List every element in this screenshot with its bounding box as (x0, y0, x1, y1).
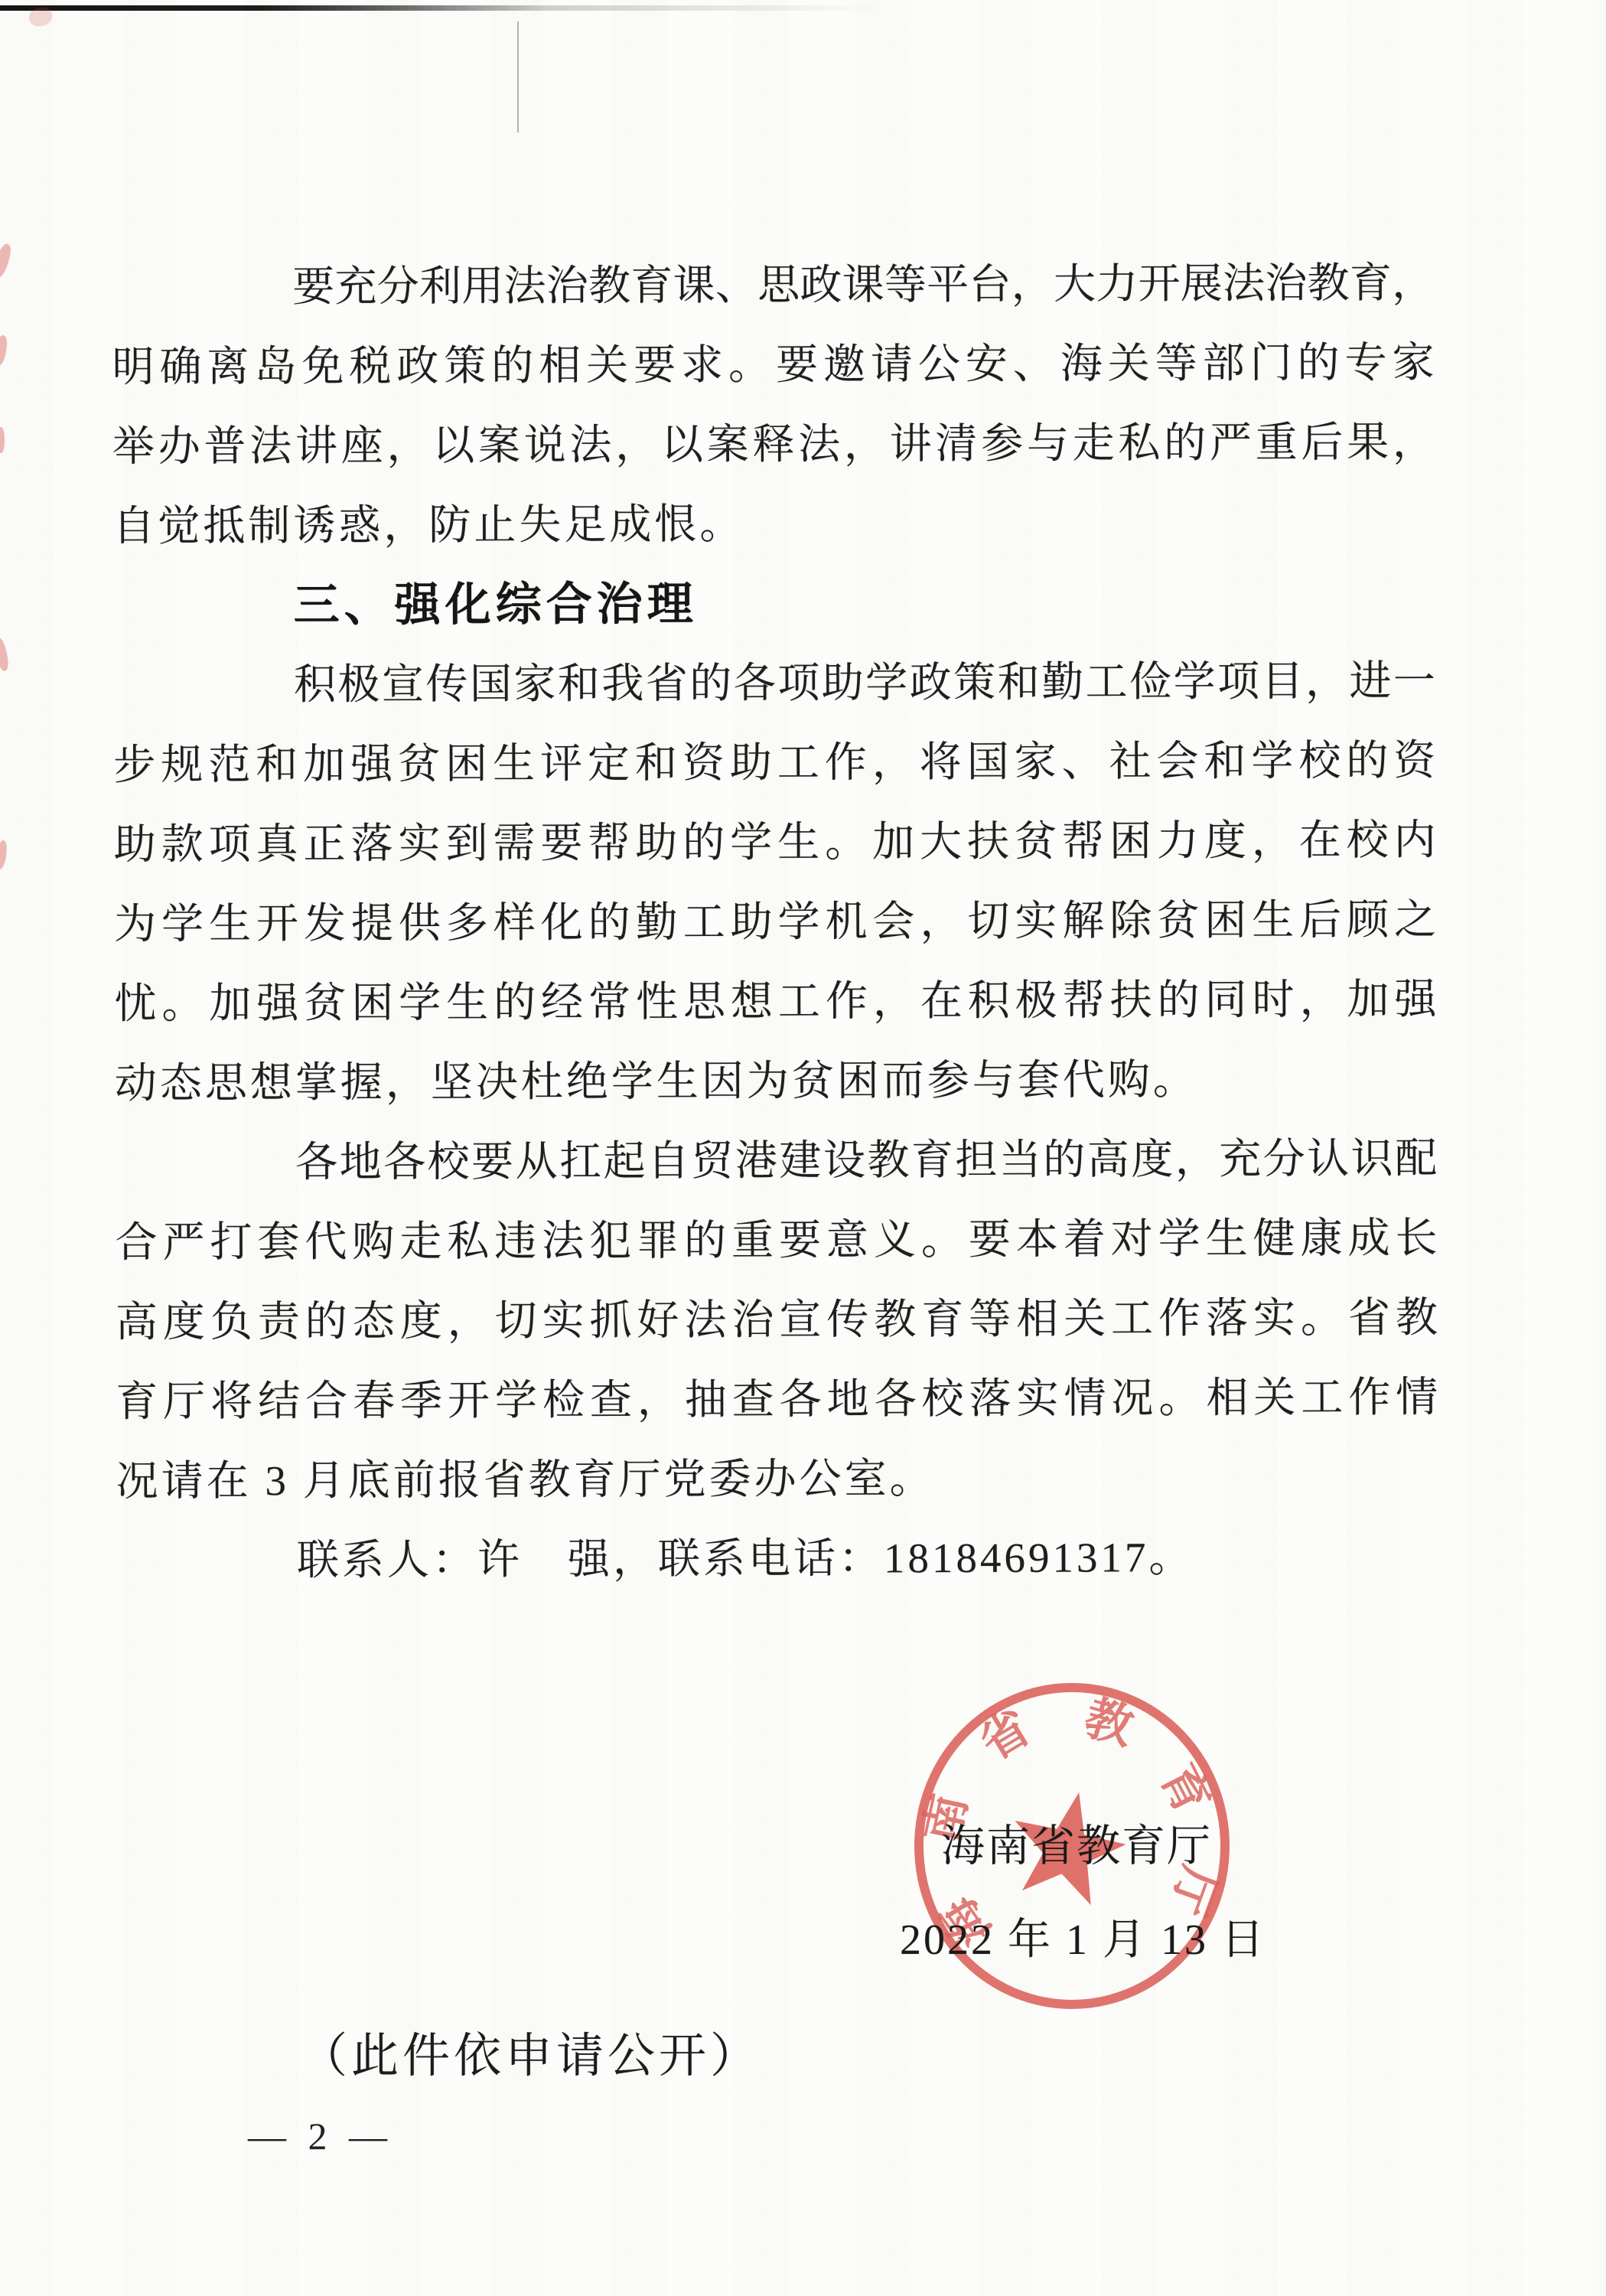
document-line: 举办普法讲座，以案说法，以案释法，讲清参与走私的严重后果， (112, 403, 1435, 487)
issue-date: 2022 年 1 月 13 日 (900, 1906, 1266, 1967)
red-ink-smudge (0, 427, 5, 453)
document-line: 动态思想掌握，坚决杜绝学生因为贫困而参与套代购。 (115, 1039, 1437, 1124)
document-line: 积极宣传国家和我省的各项助学政策和勤工俭学项目，进一 (113, 641, 1435, 726)
page-number: — 2 — (248, 2114, 393, 2158)
scanned-document-page: { "document": { "lines": [ { "text": "要充… (0, 0, 1606, 2296)
document-line: 况请在 3 月底前报省教育厅党委办公室。 (116, 1437, 1438, 1521)
contact-line: 联系人：许 强，联系电话：18184691317。 (116, 1517, 1438, 1601)
document-line: 各地各校要从扛起自贸港建设教育担当的高度，充分认识配 (115, 1119, 1437, 1203)
signing-agency: 海南省教育厅 (941, 1811, 1212, 1874)
scan-line-artifact (517, 21, 519, 132)
document-line: 为学生开发提供多样化的勤工助学机会，切实解除贫困生后顾之 (114, 880, 1436, 964)
document-line: 助款项真正落实到需要帮助的学生。加大扶贫帮困力度，在校内 (114, 801, 1436, 885)
document-line: 忧。加强贫困学生的经常性思想工作，在积极帮扶的同时，加强 (114, 960, 1436, 1044)
document-line: 自觉抵制诱惑，防止失足成恨。 (112, 482, 1435, 566)
red-ink-smudge (0, 637, 10, 672)
document-line: 明确离岛免税政策的相关要求。要邀请公安、海关等部门的专家 (112, 323, 1434, 407)
red-ink-smudge (0, 243, 14, 280)
document-line: 合严打套代购走私违法犯罪的重要意义。要本着对学生健康成长 (115, 1199, 1437, 1283)
red-ink-smudge (0, 334, 8, 367)
document-line: 步规范和加强贫困生评定和资助工作，将国家、社会和学校的资 (113, 721, 1435, 805)
document-body: 要充分利用法治教育课、思政课等平台，大力开展法治教育， 明确离岛免税政策的相关要… (112, 243, 1438, 1601)
seal-char: 省 (971, 1701, 1039, 1770)
public-disclosure-note: （此件依申请公开） (300, 2017, 761, 2086)
scan-edge-artifact (0, 5, 880, 11)
document-line: 育厅将结合春季开学检查，抽查各地各校落实情况。相关工作情 (116, 1358, 1438, 1442)
document-line: 高度负责的态度，切实抓好法治宣传教育等相关工作落实。省教 (116, 1278, 1438, 1362)
section-heading: 三、强化综合治理 (112, 562, 1435, 646)
red-ink-smudge (0, 840, 8, 869)
document-line: 要充分利用法治教育课、思政课等平台，大力开展法治教育， (112, 243, 1434, 328)
